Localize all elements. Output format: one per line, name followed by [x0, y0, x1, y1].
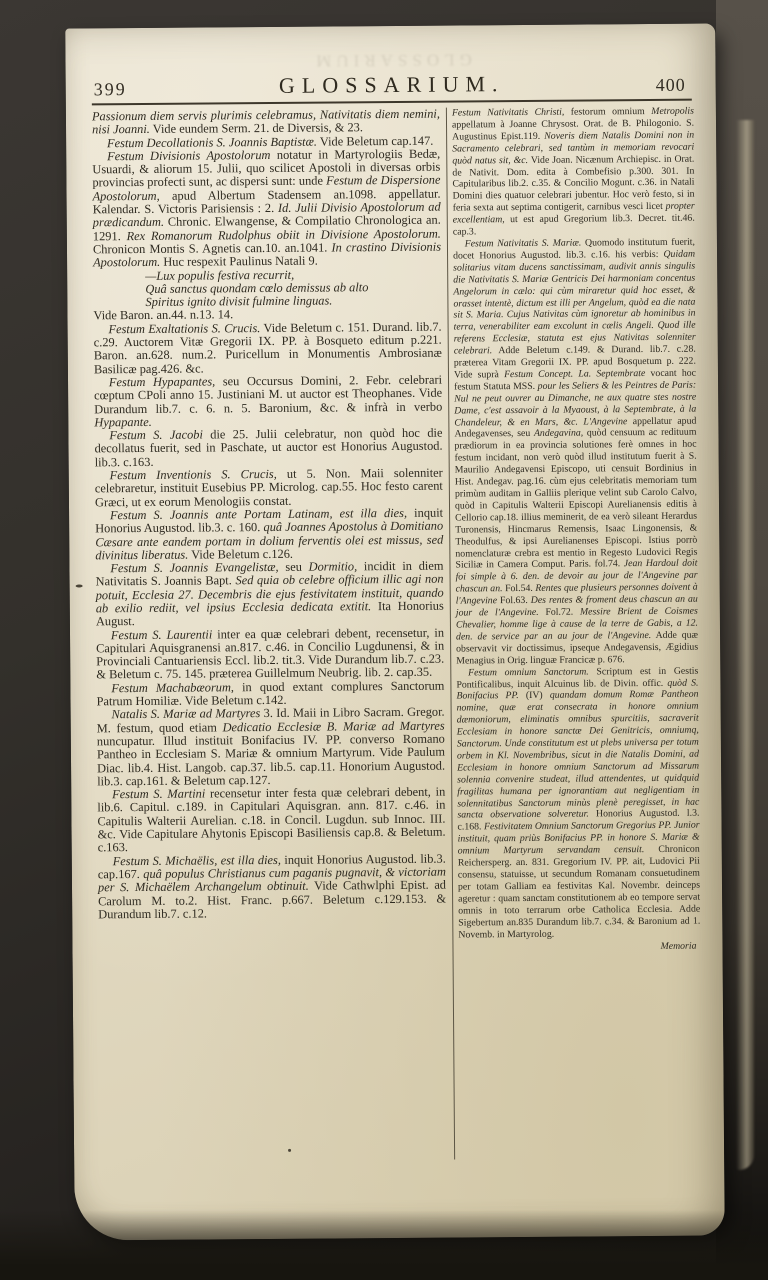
paragraph: Festum Machabæorum, in quod extant compl… [96, 679, 444, 708]
running-title: GLOSSARIUM. [92, 70, 692, 101]
paragraph: Festum Nativitatis Christi, festorum omn… [452, 106, 695, 239]
book-page: GLOSSARIUM 399 GLOSSARIUM. 400 Passionum… [65, 23, 724, 1240]
left-column: Passionum diem servis plurimis celebramu… [92, 108, 446, 922]
text-columns: Passionum diem servis plurimis celebramu… [92, 106, 702, 1163]
paragraph: Festum Exaltationis S. Crucis. Vide Bele… [94, 320, 442, 376]
page-number-right: 400 [656, 75, 686, 96]
paragraph: Festum S. Joannis Evangelistæ, seu Dormi… [95, 560, 444, 629]
verse-block: —Lux populis festiva recurrit,Quâ sanctu… [145, 267, 441, 309]
paragraph: Festum S. Jacobi die 25. Julii celebratu… [94, 427, 442, 470]
paragraph: Natalis S. Mariæ ad Martyres 3. Id. Maii… [97, 706, 446, 789]
paragraph: Passionum diem servis plurimis celebramu… [92, 108, 440, 137]
paragraph: Festum S. Michaëlis, est illa dies, inqu… [98, 852, 447, 921]
paragraph: Festum S. Joannis ante Portam Latinam, e… [95, 507, 443, 563]
paragraph: Festum Nativitatis S. Mariæ. Quomodo ins… [453, 237, 698, 668]
paragraph: Festum Divisionis Apostolorum notatur in… [92, 148, 441, 270]
ink-speck [288, 1149, 291, 1152]
page-header: GLOSSARIUM 399 GLOSSARIUM. 400 [92, 64, 692, 101]
adjacent-page-curl [736, 120, 754, 1170]
paragraph: Festum Hypapantes, seu Occursus Domini, … [94, 374, 442, 430]
paragraph: Festum S. Martini recensetur inter festa… [97, 786, 446, 855]
paragraph: Festum omnium Sanctorum. Scriptum est in… [456, 665, 700, 941]
catchword: Memoria [458, 941, 700, 955]
right-column: Festum Nativitatis Christi, festorum omn… [452, 106, 701, 955]
ink-speck [76, 584, 83, 587]
right-column-body: Festum Nativitatis Christi, festorum omn… [452, 106, 701, 941]
paragraph: Festum Inventionis S. Crucis, ut 5. Non.… [95, 467, 443, 510]
bottom-shadow [0, 1210, 768, 1280]
paragraph: Festum S. Laurentii inter ea quæ celebra… [96, 626, 444, 682]
show-through-ghost-title: GLOSSARIUM [91, 48, 691, 73]
